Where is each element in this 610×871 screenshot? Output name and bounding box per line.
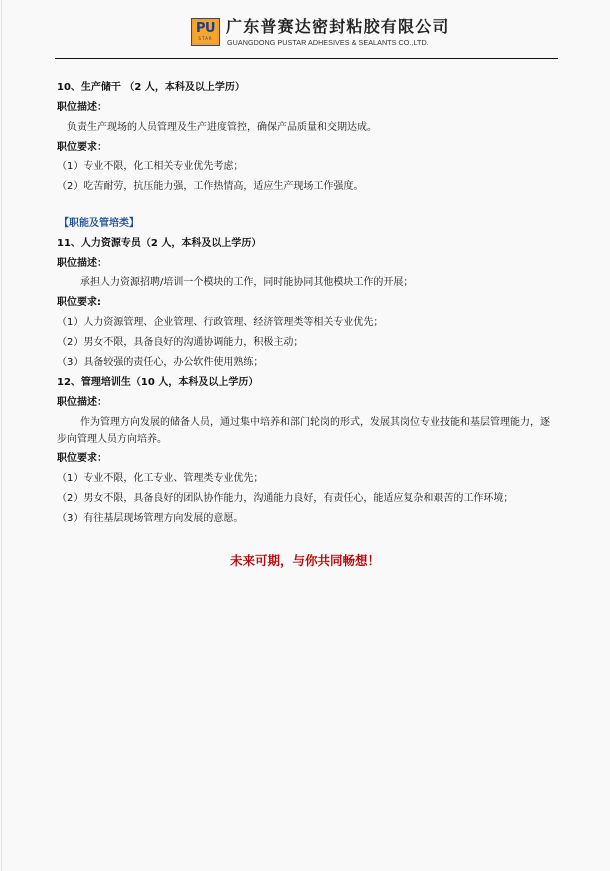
requirement-item: （2）吃苦耐劳，抗压能力强，工作热情高，适应生产现场工作强度。 — [57, 180, 363, 194]
position-description: 承担人力资源招聘/培训一个模块的工作，同时能协同其他模块工作的开展； — [80, 276, 413, 290]
page-edge — [1, 0, 2, 871]
requirements-label: 职位要求: — [57, 296, 101, 310]
requirement-item: （3）具备较强的责任心，办公软件使用熟练； — [57, 356, 263, 370]
requirement-item: （2）男女不限，具备良好的沟通协调能力，积极主动； — [57, 336, 303, 350]
company-name-en: GUANGDONG PUSTAR ADHESIVES & SEALANTS CO… — [227, 38, 429, 47]
logo-badge: PU STAR — [194, 21, 217, 43]
description-label: 职位描述： — [57, 396, 107, 410]
header-divider — [55, 58, 558, 59]
requirement-item: （1）人力资源管理、企业管理、行政管理、经济管理类等相关专业优先； — [57, 316, 383, 330]
logo-main-text: PU — [194, 22, 217, 35]
position-description: 作为管理方向发展的储备人员，通过集中培养和部门轮岗的形式，发展其岗位专业技能和基… — [57, 414, 553, 448]
description-label: 职位描述： — [57, 101, 107, 115]
closing-slogan: 未来可期，与你共同畅想！ — [0, 553, 610, 569]
requirement-item: （2）男女不限，具备良好的团队协作能力，沟通能力良好，有责任心，能适应复杂和艰苦… — [57, 492, 513, 506]
position-description: 负责生产现场的人员管理及生产进度管控，确保产品质量和交期达成。 — [67, 121, 377, 135]
section-heading: 【职能及管培类】 — [59, 217, 139, 231]
position-title: 10、生产储干 （2 人，本科及以上学历） — [57, 81, 245, 95]
logo-sub-text: STAR — [194, 36, 217, 41]
description-label: 职位描述： — [57, 257, 107, 271]
position-title: 12、管理培训生（10 人，本科及以上学历） — [57, 376, 258, 390]
requirements-label: 职位要求： — [57, 141, 107, 155]
company-logo: PU STAR — [191, 18, 220, 46]
company-name-cn: 广东普赛达密封粘胶有限公司 — [226, 17, 450, 37]
requirement-item: （1）专业不限，化工专业、管理类专业优先； — [57, 472, 263, 486]
requirement-item: （3）有往基层现场管理方向发展的意愿。 — [57, 512, 243, 526]
requirement-item: （1）专业不限，化工相关专业优先考虑； — [57, 160, 243, 174]
letterhead: PU STAR 广东普赛达密封粘胶有限公司 GUANGDONG PUSTAR A… — [0, 0, 610, 60]
position-title: 11、人力资源专员（2 人，本科及以上学历） — [57, 237, 261, 251]
requirements-label: 职位要求： — [57, 452, 107, 466]
